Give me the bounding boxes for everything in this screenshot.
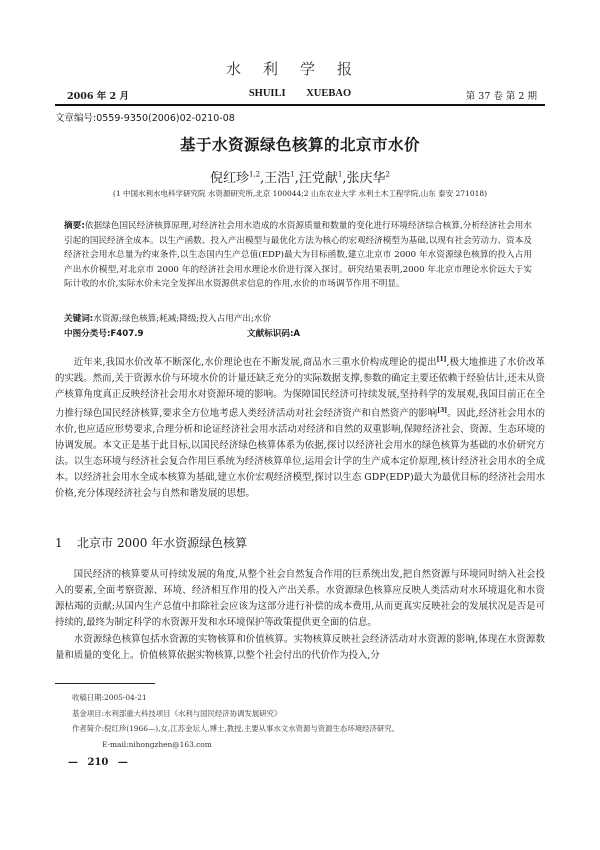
- affiliations: (1 中国水利水电科学研究院 水资源研究所,北京 100044;2 山东农业大学…: [0, 188, 600, 199]
- intro-paragraph: 近年来,我国水价改革不断深化,水价理论也在不断发展,商品水三重水价构成理论的提出…: [55, 352, 545, 502]
- keywords-text: 水资源;绿色核算;耗减;降级;投入占用产出;水价: [93, 314, 271, 324]
- fund-project: 基金项目:水利部重大科技项目《水利与国民经济协调发展研究》: [72, 706, 399, 722]
- running-header: 2006 年 2 月 SHUILI XUEBAO 第 37 卷 第 2 期: [55, 88, 545, 104]
- section-title: 北京市 2000 年水资源绿色核算: [77, 536, 247, 550]
- doc-code-label: 文献标识码:: [247, 329, 293, 339]
- article-number: 文章编号:0559-9350(2006)02-0210-08: [55, 110, 235, 124]
- intro-text: 近年来,我国水价改革不断深化,水价理论也在不断发展,商品水三重水价构成理论的提出: [74, 357, 437, 368]
- keywords-label: 关键词:: [64, 314, 93, 324]
- author-affiliation-mark: 1,2: [249, 171, 260, 179]
- author-name: 张庆华: [347, 171, 386, 186]
- author-email[interactable]: E-mail:nihongzhen@163.com: [72, 737, 399, 753]
- author-affiliation-mark: 1: [290, 171, 294, 179]
- doc-code-value: A: [293, 329, 300, 339]
- document-code: 文献标识码:A: [247, 327, 300, 339]
- author-affiliation-mark: 2: [386, 171, 390, 179]
- section-number: 1: [55, 536, 77, 550]
- clc-label: 中图分类号:: [64, 329, 110, 339]
- author-name: 王浩: [264, 171, 290, 186]
- footnote-rule: [55, 683, 155, 684]
- abstract: 摘要:依据绿色国民经济核算原理,对经济社会用水造成的水资源质量和数量的变化进行环…: [64, 219, 532, 292]
- keywords: 关键词:水资源;绿色核算;耗减;降级;投入占用产出;水价: [64, 312, 532, 326]
- page-number: — 210 —: [68, 757, 128, 768]
- citation-ref[interactable]: [3]: [437, 407, 447, 414]
- abstract-label: 摘要:: [64, 221, 85, 231]
- journal-name-cn: 水利学报: [0, 58, 600, 79]
- author-affiliation-mark: 1: [338, 171, 342, 179]
- received-date: 收稿日期:2005-04-21: [72, 690, 399, 706]
- author-name: 倪红珍: [210, 171, 249, 186]
- volume-issue: 第 37 卷 第 2 期: [466, 88, 537, 102]
- footnotes: 收稿日期:2005-04-21 基金项目:水利部重大科技项目《水利与国民经济协调…: [72, 690, 399, 752]
- intro-text: 。因此,经济社会用水的水价,也应适应形势要求,合理分析和论证经济社会用水活动对经…: [55, 408, 545, 499]
- body-paragraph: 国民经济的核算要从可持续发展的角度,从整个社会自然复合作用的巨系统出发,把自然资…: [55, 567, 545, 631]
- clc-number: 中图分类号:F407.9: [64, 327, 143, 339]
- author-list: 倪红珍1,2,王浩1,汪党献1,张庆华2: [0, 167, 600, 186]
- paper-title: 基于水资源绿色核算的北京市水价: [0, 133, 600, 155]
- body-paragraph: 水资源绿色核算包括水资源的实物核算和价值核算。实物核算反映社会经济活动对水资源的…: [55, 632, 545, 664]
- clc-value: F407.9: [110, 329, 143, 339]
- section-heading: 1北京市 2000 年水资源绿色核算: [55, 534, 247, 551]
- header-rule: [55, 104, 545, 106]
- abstract-text: 依据绿色国民经济核算原理,对经济社会用水造成的水资源质量和数量的变化进行环境经济…: [64, 221, 532, 289]
- citation-ref[interactable]: [1]: [437, 356, 447, 363]
- author-bio: 作者简介:倪红珍(1966—),女,江苏金坛人,博士,教授,主要从事水文水资源与…: [72, 721, 399, 737]
- author-name: 汪党献: [299, 171, 338, 186]
